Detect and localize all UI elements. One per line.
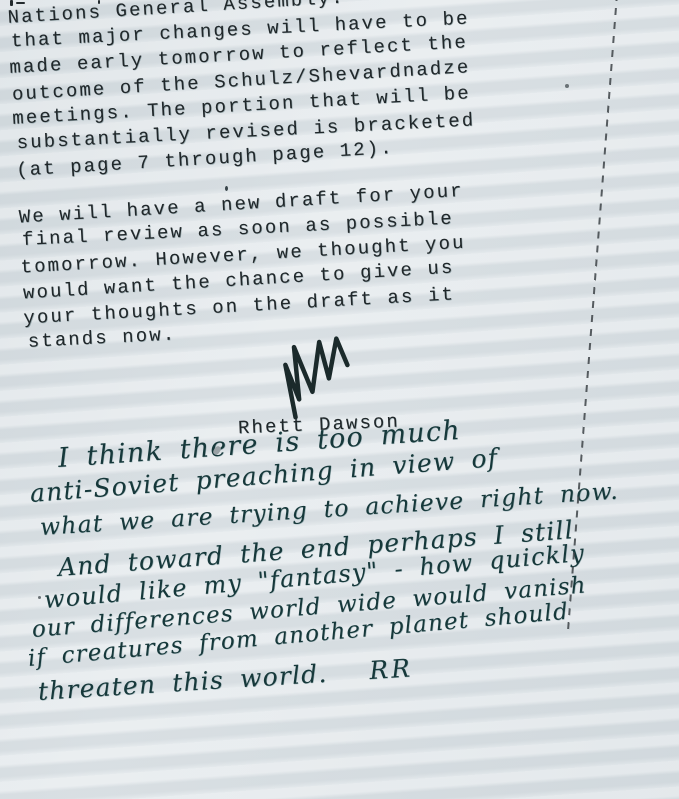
reagan-initials: RR [368,653,413,685]
memo-paragraph-1: Nations General Assembly. that major cha… [6,0,477,183]
paper-speckle [225,186,228,191]
typed-memo-body: Nations General Assembly. that major cha… [6,0,488,378]
paper-edge-dotted-line [567,0,618,632]
paper-speckle [565,84,569,88]
scanned-memo-page: Nations General Assembly. that major cha… [0,0,679,799]
paper-speckle [38,596,41,599]
dawson-signature-scribble [261,328,374,424]
memo-paragraph-2: We will have a new draft for your final … [17,178,487,357]
